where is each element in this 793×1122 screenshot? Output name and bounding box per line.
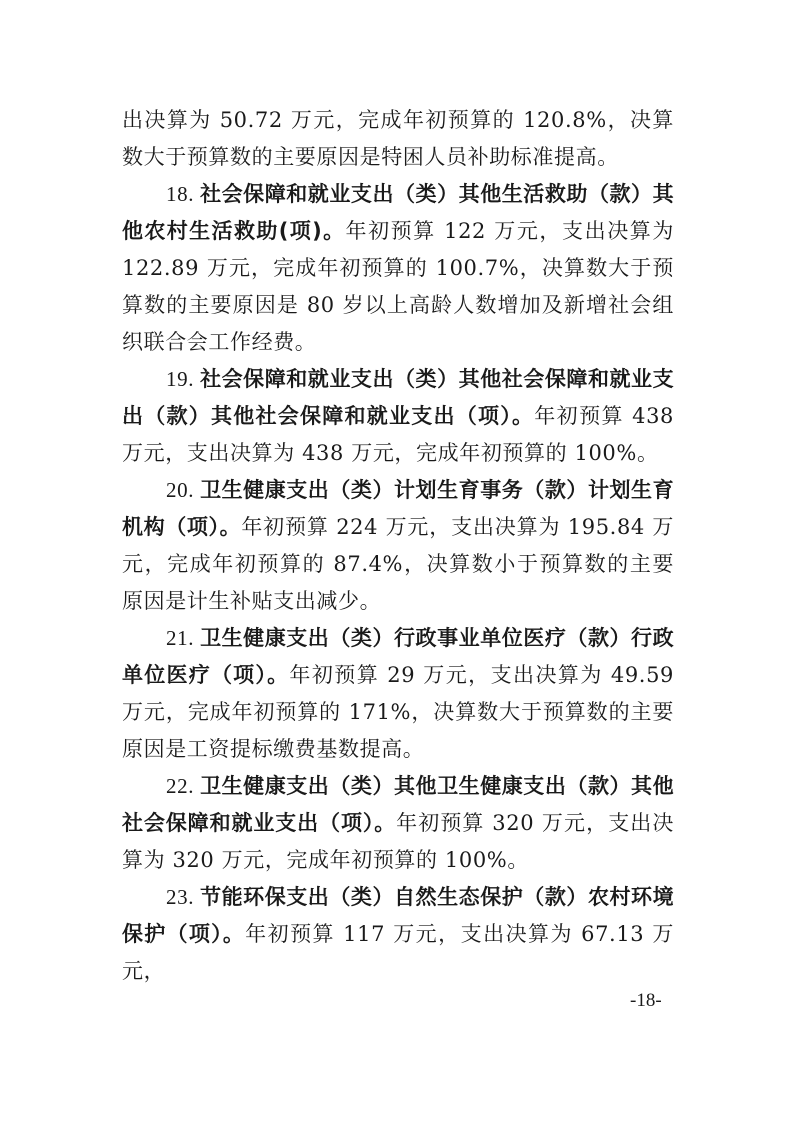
paragraph-item-22: 22. 卫生健康支出（类）其他卫生健康支出（款）其他社会保障和就业支出（项）。年… [122, 768, 674, 879]
item-number: 18. [166, 182, 200, 206]
paragraph-item-23: 23. 节能环保支出（类）自然生态保护（款）农村环境保护（项）。年初预算 117… [122, 879, 674, 990]
paragraph-item-19: 19. 社会保障和就业支出（类）其他社会保障和就业支出（款）其他社会保障和就业支… [122, 361, 674, 472]
item-number: 19. [166, 367, 200, 391]
item-number: 21. [166, 626, 200, 650]
document-page: 出决算为 50.72 万元，完成年初预算的 120.8%，决算数大于预算数的主要… [122, 102, 674, 990]
item-number: 22. [166, 774, 200, 798]
item-number: 20. [166, 478, 200, 502]
item-number: 23. [166, 885, 200, 909]
paragraph-item-21: 21. 卫生健康支出（类）行政事业单位医疗（款）行政单位医疗（项）。年初预算 2… [122, 620, 674, 768]
paragraph-continuation: 出决算为 50.72 万元，完成年初预算的 120.8%，决算数大于预算数的主要… [122, 102, 674, 176]
paragraph-body: 出决算为 50.72 万元，完成年初预算的 120.8%，决算数大于预算数的主要… [122, 108, 674, 169]
page-number: -18- [630, 990, 662, 1012]
paragraph-item-20: 20. 卫生健康支出（类）计划生育事务（款）计划生育机构（项）。年初预算 224… [122, 472, 674, 620]
paragraph-item-18: 18. 社会保障和就业支出（类）其他生活救助（款）其他农村生活救助(项)。年初预… [122, 176, 674, 361]
